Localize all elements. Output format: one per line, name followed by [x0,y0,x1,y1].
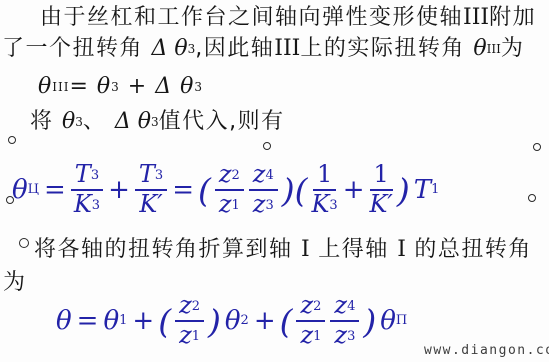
symbol-with-subscript: z2 [219,162,240,188]
symbol-base: θ [97,74,111,99]
symbol-base: θ [180,74,194,99]
symbol-with-subscript: θ3 [174,36,195,62]
text-run: 的总扭转角 [406,237,532,262]
fraction: z2z1 [175,293,204,349]
text-run: 1 [317,162,332,188]
text-run: = [44,176,66,205]
symbol-base: θ [103,307,119,336]
symbol-base: θ [62,109,75,135]
symbol-base: z [300,293,313,319]
text-run: + [132,307,154,336]
symbol-base: K [311,192,329,218]
watermark-text: www.diangon.com [424,343,549,358]
text-run: Δ [115,109,138,134]
symbol-subscript: Ц [28,183,39,196]
text-run: K′ [139,192,162,218]
equation-total-torsion: θ=θ1+(z2z1)θ2+(z2z1z4z3)θΠ [56,292,407,350]
text-run: + [108,176,130,205]
paragraph-3-line-1: 将各轴的扭转角折算到轴 I 上得轴 I 的总扭转角 [34,237,532,263]
symbol-base: K [74,192,92,218]
denominator: z1 [219,191,240,218]
symbol-base: z [179,293,192,319]
symbol-with-subscript: θ3 [138,109,159,135]
fraction: T3K3 [71,162,103,218]
symbol-with-subscript: θIII [38,74,69,99]
symbol-base: T [414,176,431,205]
text-run: 上的实际扭转角 [300,36,473,61]
numerator: z2 [215,162,244,191]
fraction: T3K′ [135,162,167,218]
equation-shaft3-torsion: θЦ=T3K3+T3K′=(z2z1z4z3)(1K3+1K′)T1 [12,150,439,230]
symbol-subscript: III [487,43,501,55]
symbol-base: z [253,192,266,218]
symbol-base: z [334,293,347,319]
ideographic-period-mark [533,143,541,151]
document-page: 由于丝杠和工作台之间轴向弹性变形使轴III附加 了一个扭转角 Δ θ3,因此轴I… [0,0,549,362]
symbol-base: θ [225,307,241,336]
text-run: I [397,237,406,262]
symbol-with-subscript: z3 [253,192,274,218]
symbol-with-subscript: K3 [311,192,337,218]
text-run: 、 [83,109,115,134]
text-run: ,因此轴 [195,36,274,61]
symbol-with-subscript: z1 [300,323,321,349]
symbol-with-subscript: θ3 [97,74,120,99]
paragraph-1-line-1: 由于丝杠和工作台之间轴向弹性变形使轴III附加 [40,5,536,31]
text-run: 附加 [489,5,536,30]
symbol-subscript: 1 [232,199,240,212]
symbol-subscript: 1 [313,330,321,343]
symbol-base: z [179,323,192,349]
symbol-with-subscript: K3 [74,192,100,218]
text-run: + [343,176,365,205]
ideographic-period-mark [19,238,29,248]
symbol-base: T [75,162,91,188]
symbol-subscript: 3 [329,199,337,212]
text-run: 由于丝杠和工作台之间轴向弹性变形使轴 [40,5,463,30]
text-run: 为 [3,270,27,295]
text-run: = [172,176,194,205]
symbol-with-subscript: θ1 [103,307,127,336]
fraction: 1K′ [370,162,393,218]
symbol-with-subscript: θЦ [12,176,39,205]
symbol-subscript: 1 [192,330,200,343]
fraction: z4z3 [249,162,278,218]
symbol-subscript: 3 [75,116,83,128]
symbol-base: θ [473,36,486,62]
symbol-subscript: 3 [151,116,159,128]
text-run: 值代入,则有 [159,109,285,134]
symbol-subscript: 3 [188,43,196,55]
symbol-with-subscript: z4 [253,162,274,188]
denominator: K′ [370,191,393,218]
symbol-base: z [219,162,232,188]
text-run: I [301,237,310,262]
symbol-with-subscript: T1 [414,176,440,205]
text-run: III [463,5,489,30]
ideographic-period-mark [528,194,536,202]
symbol-subscript: III [52,81,69,93]
symbol-with-subscript: z2 [179,293,200,319]
text-run: = [69,74,96,99]
numerator: 1 [370,162,393,191]
symbol-with-subscript: θ2 [225,307,249,336]
symbol-with-subscript: θIII [473,36,500,62]
denominator: z1 [300,322,321,349]
symbol-with-subscript: z2 [300,293,321,319]
denominator: z1 [179,322,200,349]
text-run: 将各轴的扭转角折算到轴 [34,237,301,262]
symbol-subscript: 2 [241,314,249,327]
text-run: = [77,307,99,336]
symbol-subscript: 3 [92,199,100,212]
denominator: z3 [334,322,355,349]
paragraph-2-line-1: 将 θ3、 Δ θ3值代入,则有 [30,109,285,135]
fraction: z2z1 [296,293,325,349]
text-run: θ [56,307,72,336]
symbol-with-subscript: z4 [334,293,355,319]
symbol-subscript: 1 [119,314,127,327]
ideographic-period-mark [263,142,271,150]
symbol-base: θ [174,36,187,62]
symbol-base: z [253,162,266,188]
symbol-base: θ [380,307,396,336]
numerator: 1 [313,162,336,191]
symbol-with-subscript: z1 [179,323,200,349]
text-run: ) [363,305,376,338]
denominator: K′ [139,191,162,218]
symbol-with-subscript: θ3 [180,74,203,99]
symbol-with-subscript: T3 [75,162,99,188]
numerator: T3 [71,162,103,191]
symbol-base: θ [12,176,28,205]
text-run: Δ [155,74,180,99]
text-run: ( [280,305,293,338]
symbol-base: z [300,323,313,349]
denominator: z3 [253,191,274,218]
text-run: Δ [152,36,175,61]
numerator: T3 [135,162,167,191]
text-run: 为 [501,36,525,61]
text-run: K′ [370,192,393,218]
symbol-subscript: 2 [232,169,240,182]
symbol-base: θ [38,74,52,99]
text-run: + [120,74,155,99]
symbol-subscript: Π [396,314,407,327]
text-run: III [274,36,300,61]
paragraph-1-line-2: 了一个扭转角 Δ θ3,因此轴III上的实际扭转角 θIII为 [2,36,524,62]
numerator: z2 [175,293,204,322]
symbol-base: z [334,323,347,349]
text-run: 1 [374,162,389,188]
text-run: ( [198,174,211,207]
denominator: K3 [311,191,337,218]
equation-theta3-sum: θIII= θ3 + Δ θ3 [38,74,203,99]
symbol-with-subscript: z3 [334,323,355,349]
symbol-subscript: 3 [265,199,273,212]
symbol-with-subscript: θΠ [380,307,407,336]
text-run: 了一个扭转角 [2,36,152,61]
symbol-subscript: 1 [431,183,439,196]
fraction: 1K3 [311,162,337,218]
symbol-base: θ [138,109,151,135]
numerator: z4 [330,293,359,322]
text-run: ( [158,305,171,338]
paragraph-3-line-2: 为 [3,270,27,296]
symbol-with-subscript: θ3 [62,109,83,135]
denominator: K3 [74,191,100,218]
symbol-with-subscript: z1 [219,192,240,218]
text-run: 上得轴 [310,237,398,262]
text-run: + [254,307,276,336]
symbol-base: T [139,162,155,188]
numerator: z2 [296,293,325,322]
symbol-subscript: 3 [111,81,120,93]
symbol-subscript: 2 [313,300,321,313]
text-run: )( [282,174,308,207]
text-run: 将 [30,109,62,134]
symbol-with-subscript: T3 [139,162,163,188]
numerator: z4 [249,162,278,191]
symbol-subscript: 4 [347,300,355,313]
symbol-subscript: 3 [347,330,355,343]
symbol-subscript: 3 [194,81,203,93]
symbol-subscript: 3 [91,169,99,182]
text-run: ) [208,305,221,338]
text-run: ) [397,174,410,207]
fraction: z4z3 [330,293,359,349]
ideographic-period-mark [8,136,16,144]
symbol-subscript: 2 [192,300,200,313]
symbol-subscript: 3 [155,169,163,182]
fraction: z2z1 [215,162,244,218]
ideographic-period-mark [6,196,14,204]
symbol-base: z [219,192,232,218]
symbol-subscript: 4 [265,169,273,182]
